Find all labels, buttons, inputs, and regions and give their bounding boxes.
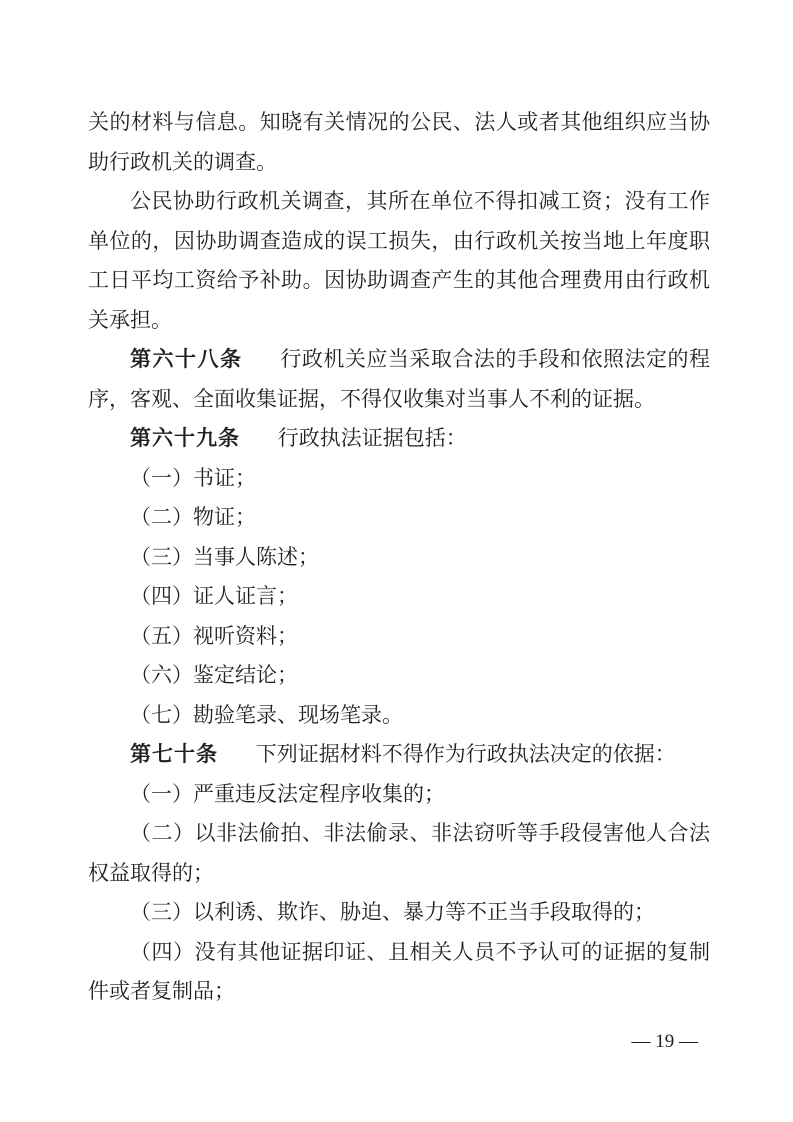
article-70-number: 第七十条: [130, 743, 218, 766]
excluded-evidence-item-4: （四）没有其他证据印证、且相关人员不予认可的证据的复制件或者复制品；: [88, 933, 710, 1012]
evidence-item-2: （二）物证；: [88, 498, 710, 538]
list-item-text: （七）勘验笔录、现场笔录。: [130, 703, 403, 727]
list-item-text: （三）当事人陈述；: [130, 545, 319, 569]
article-68-paragraph: 第六十八条行政机关应当采取合法的手段和依照法定的程序，客观、全面收集证据，不得仅…: [88, 340, 710, 419]
evidence-item-6: （六）鉴定结论；: [88, 656, 710, 696]
list-item-text: （一）严重违反法定程序收集的；: [130, 782, 445, 806]
paragraph-compensation: 公民协助行政机关调查，其所在单位不得扣减工资；没有工作单位的，因协助调查造成的误…: [88, 182, 710, 340]
evidence-item-7: （七）勘验笔录、现场笔录。: [88, 696, 710, 736]
article-70-paragraph: 第七十条下列证据材料不得作为行政执法决定的依据：: [88, 735, 710, 775]
paragraph-text: 关的材料与信息。知晓有关情况的公民、法人或者其他组织应当协助行政机关的调查。: [88, 110, 710, 174]
list-item-text: （三）以利诱、欺诈、胁迫、暴力等不正当手段取得的；: [130, 900, 655, 924]
document-body: 关的材料与信息。知晓有关情况的公民、法人或者其他组织应当协助行政机关的调查。 公…: [88, 103, 710, 1012]
list-item-text: （二）以非法偷拍、非法偷录、非法窃听等手段侵害他人合法权益取得的；: [88, 821, 710, 885]
excluded-evidence-item-1: （一）严重违反法定程序收集的；: [88, 775, 710, 815]
evidence-item-5: （五）视听资料；: [88, 617, 710, 657]
article-69-number: 第六十九条: [130, 427, 240, 450]
excluded-evidence-item-2: （二）以非法偷拍、非法偷录、非法窃听等手段侵害他人合法权益取得的；: [88, 814, 710, 893]
page-number: — 19 —: [632, 1031, 699, 1052]
list-item-text: （五）视听资料；: [130, 624, 298, 648]
excluded-evidence-item-3: （三）以利诱、欺诈、胁迫、暴力等不正当手段取得的；: [88, 893, 710, 933]
paragraph-text: 下列证据材料不得作为行政执法决定的依据：: [256, 742, 676, 766]
evidence-item-1: （一）书证；: [88, 459, 710, 499]
evidence-item-4: （四）证人证言；: [88, 577, 710, 617]
paragraph-text: 行政执法证据包括：: [278, 426, 467, 450]
paragraph-text: 公民协助行政机关调查，其所在单位不得扣减工资；没有工作单位的，因协助调查造成的误…: [88, 189, 710, 332]
list-item-text: （六）鉴定结论；: [130, 663, 298, 687]
list-item-text: （一）书证；: [130, 466, 256, 490]
paragraph-continued: 关的材料与信息。知晓有关情况的公民、法人或者其他组织应当协助行政机关的调查。: [88, 103, 710, 182]
article-69-paragraph: 第六十九条行政执法证据包括：: [88, 419, 710, 459]
list-item-text: （二）物证；: [130, 505, 256, 529]
page-footer: — 19 —: [632, 1029, 699, 1055]
article-68-number: 第六十八条: [130, 348, 243, 371]
list-item-text: （四）证人证言；: [130, 584, 298, 608]
evidence-item-3: （三）当事人陈述；: [88, 538, 710, 578]
document-page: 关的材料与信息。知晓有关情况的公民、法人或者其他组织应当协助行政机关的调查。 公…: [0, 0, 793, 1122]
list-item-text: （四）没有其他证据印证、且相关人员不予认可的证据的复制件或者复制品；: [88, 940, 710, 1004]
